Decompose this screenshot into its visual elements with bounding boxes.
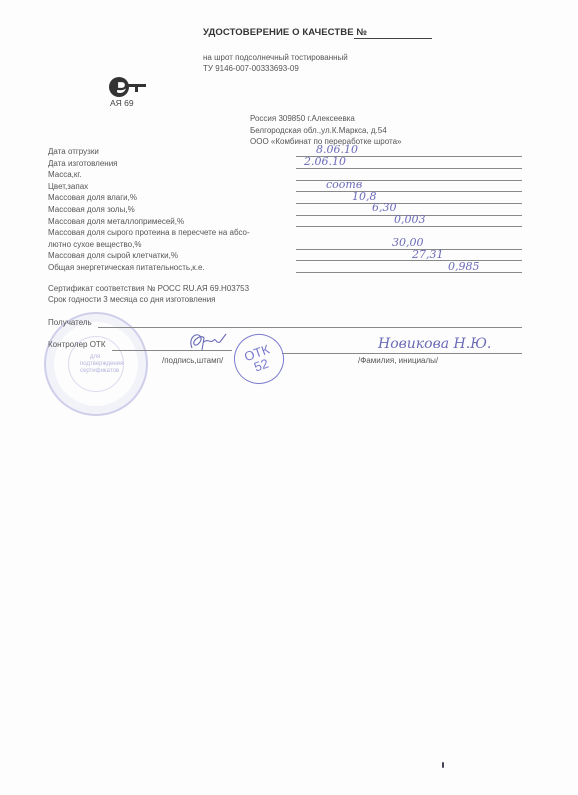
scan-artifact [442, 762, 444, 768]
quality-field-labels: Дата отгрузки Дата изготовления Масса,кг… [48, 146, 250, 274]
field-line [296, 191, 522, 192]
handwritten-value: 0,003 [394, 213, 426, 226]
field-line [296, 272, 522, 273]
field-label: Массовая доля влаги,% [48, 192, 250, 204]
address-line-1: Россия 309850 г.Алексеевка [250, 113, 401, 125]
certification-body-code: АЯ 69 [110, 98, 134, 108]
field-label: Дата отгрузки [48, 146, 250, 158]
field-line [296, 203, 522, 204]
field-label: Массовая доля сырого протеина в пересчет… [48, 227, 250, 239]
certificate-info: Сертификат соответствия № РОСС RU.АЯ 69.… [48, 283, 249, 305]
field-label: лютно сухое вещество,% [48, 239, 250, 251]
otk-stamp-number: 52 [252, 357, 270, 374]
field-label: Масса,кг. [48, 169, 250, 181]
certificate-number: Сертификат соответствия № РОСС RU.АЯ 69.… [48, 283, 249, 294]
signature-caption: /подпись,штамп/ [162, 356, 223, 365]
field-label: Массовая доля сырой клетчатки,% [48, 250, 250, 262]
product-name: на шрот подсолнечный тостированный [203, 52, 348, 63]
field-label: Дата изготовления [48, 158, 250, 170]
field-label: Цвет,запах [48, 181, 250, 193]
field-line [296, 249, 522, 250]
controller-name: Новикова Н.Ю. [378, 336, 491, 352]
product-spec: ТУ 9146-007-00333693-09 [203, 63, 348, 74]
product-description: на шрот подсолнечный тостированный ТУ 91… [203, 52, 348, 74]
handwritten-value: 27,31 [412, 248, 444, 261]
field-line [296, 260, 522, 261]
handwritten-value: 6,30 [372, 201, 397, 214]
controller-label: Контролер ОТК [48, 340, 105, 349]
handwritten-value: 0,985 [448, 260, 480, 273]
recipient-label: Получатель [48, 318, 92, 327]
round-seal-text: для подтверждения сертификатов [80, 354, 110, 375]
field-line [296, 168, 522, 169]
controller-name-line [282, 353, 522, 354]
recipient-line [98, 327, 522, 328]
otk-stamp: ОТК 52 [227, 327, 291, 391]
field-line [296, 226, 522, 227]
certificate-number-blank [354, 38, 432, 39]
address-line-2: Белгородская обл.,ул.К.Маркса, д.54 [250, 125, 401, 137]
document-title: УДОСТОВЕРЕНИЕ О КАЧЕСТВЕ № [203, 27, 367, 38]
field-label: Массовая доля золы,% [48, 204, 250, 216]
shelf-life: Срок годности 3 месяца со дня изготовлен… [48, 294, 249, 305]
field-label: Общая энергетическая питательность,к.е. [48, 262, 250, 274]
handwritten-value: 2.06.10 [304, 155, 346, 168]
name-caption: /Фамилия, инициалы/ [358, 356, 438, 365]
rst-certification-mark-icon [108, 76, 148, 98]
controller-signature [186, 330, 236, 354]
field-label: Массовая доля металлопримесей,% [48, 216, 250, 228]
